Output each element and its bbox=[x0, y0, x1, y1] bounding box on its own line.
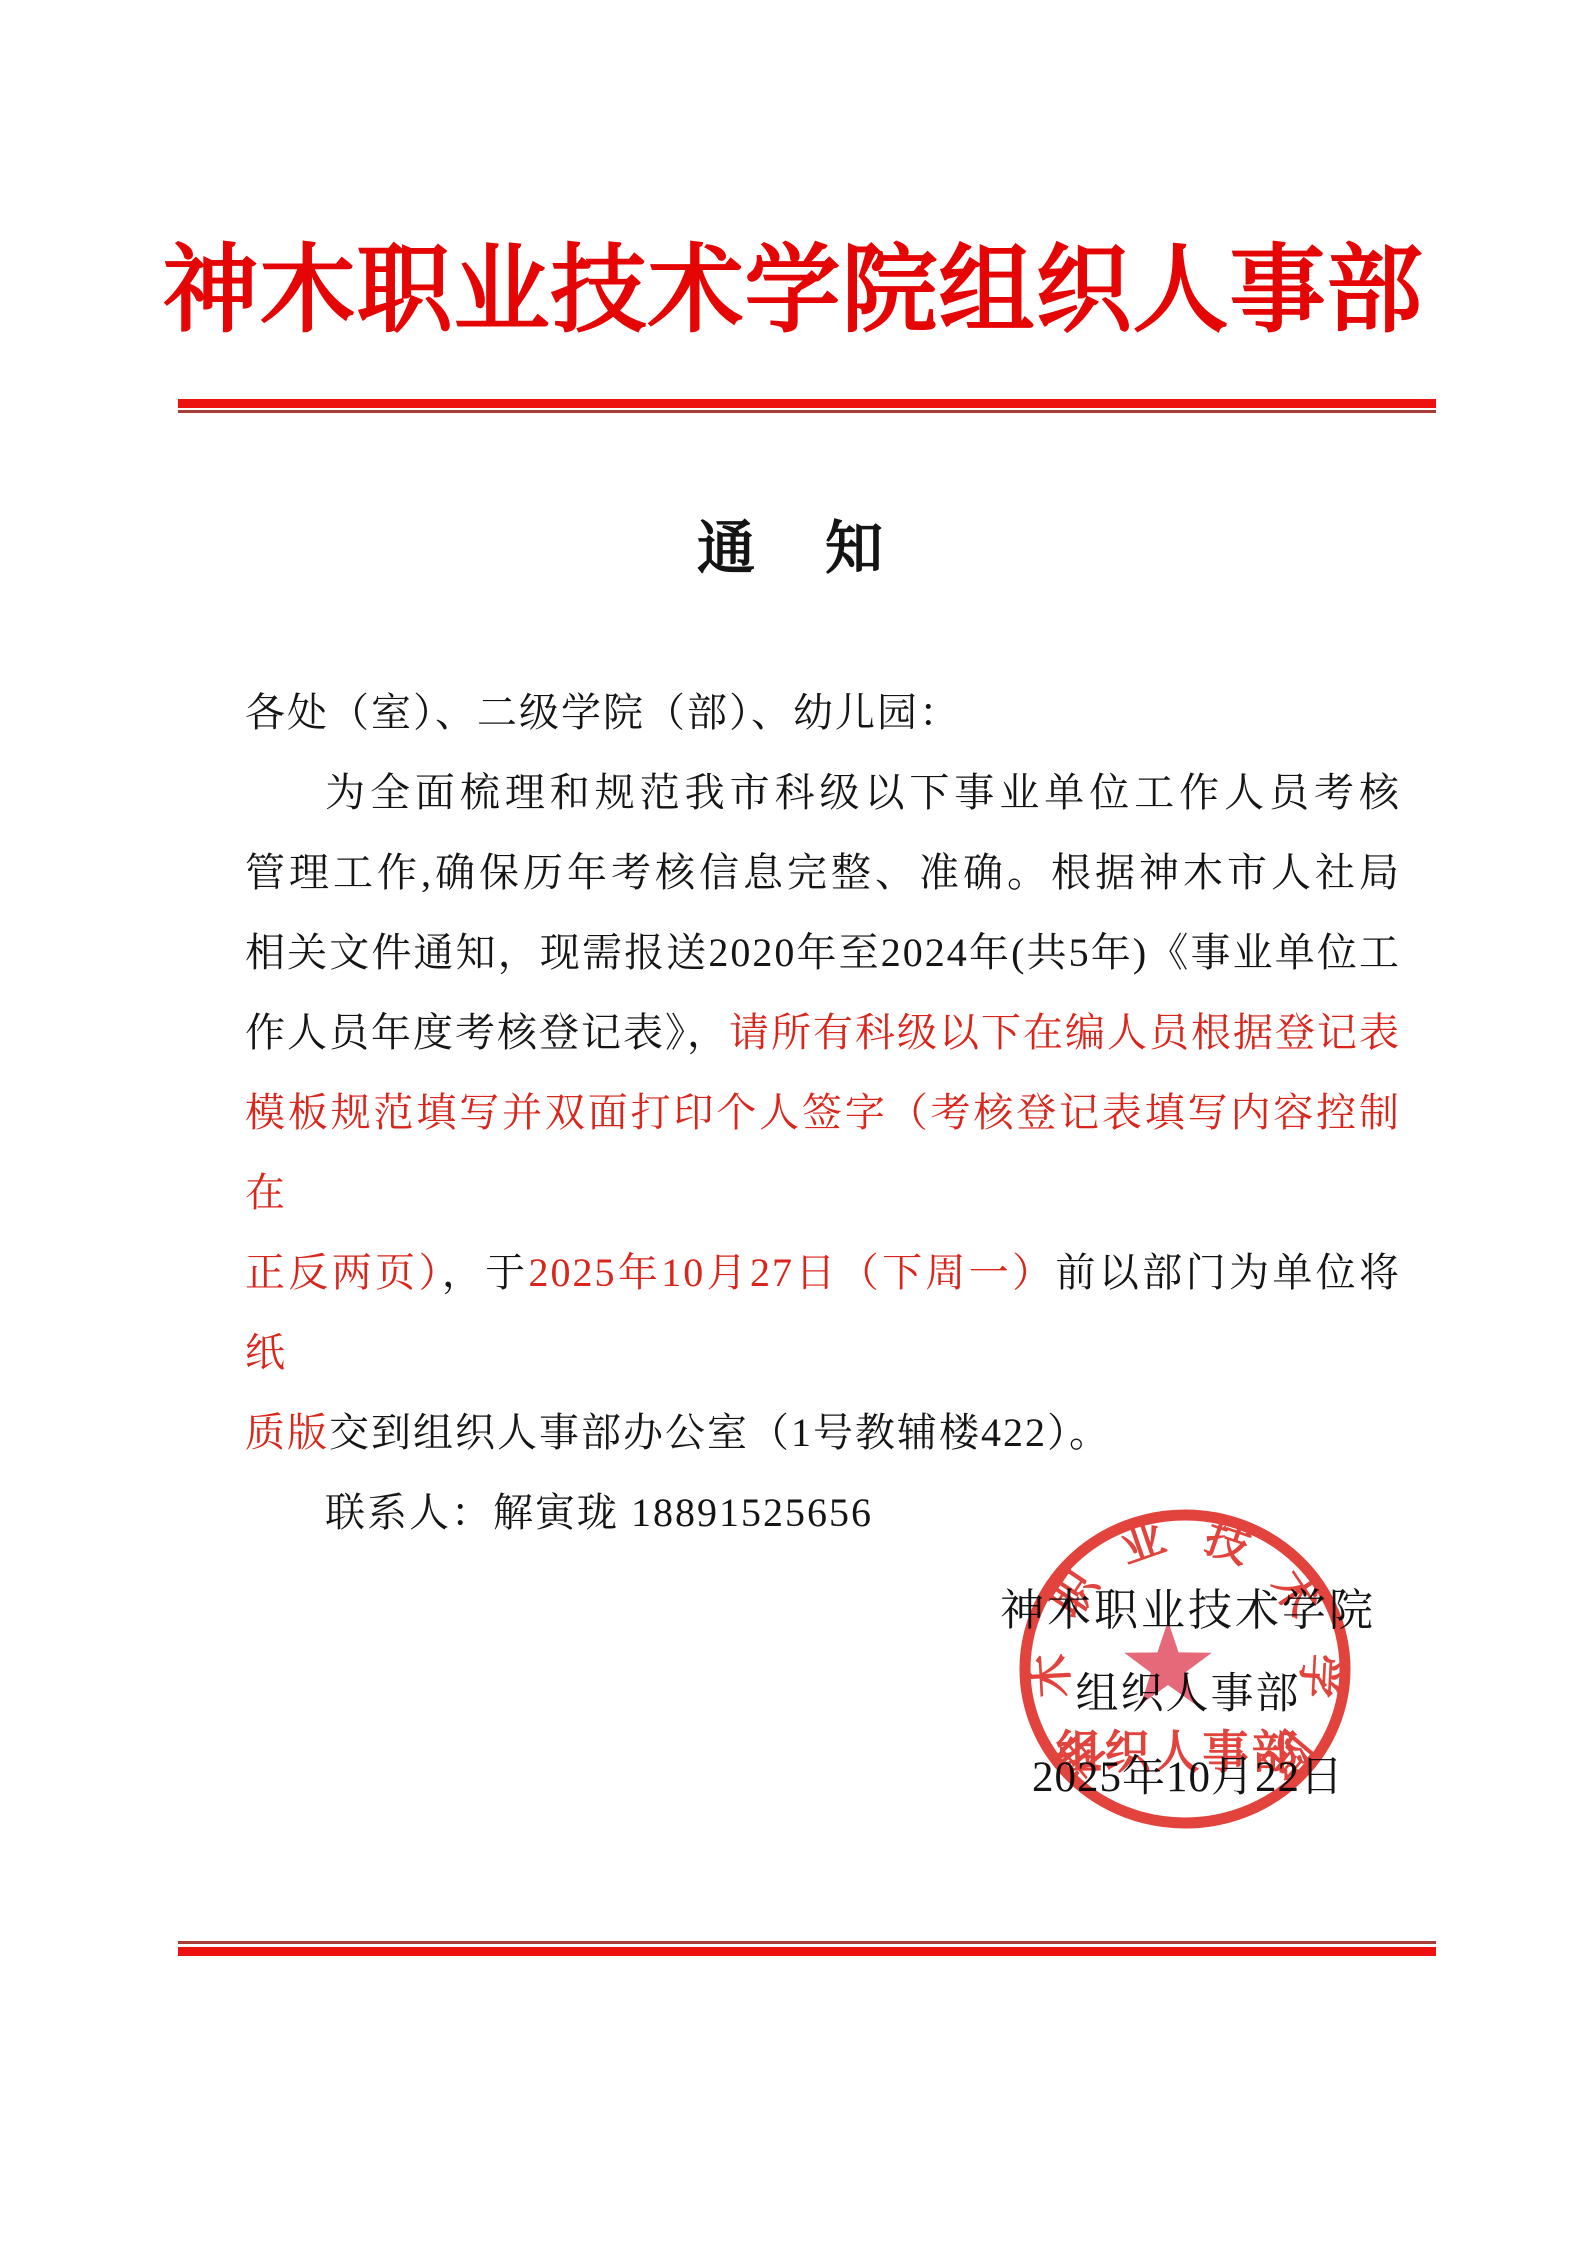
rule-thick-line bbox=[178, 1947, 1436, 1956]
letterhead-title: 神木职业技术学院组织人事部 bbox=[0, 238, 1586, 344]
notice-title: 通 知 bbox=[0, 516, 1586, 582]
seal-arc-char: 术 bbox=[1262, 1562, 1327, 1626]
body-line-2: 为全面梳理和规范我市科级以下事业单位工作人员考核 bbox=[245, 753, 1401, 833]
body-text-black: ，于 bbox=[442, 1250, 529, 1295]
seal-bottom-text: 组织人事部 bbox=[1056, 1727, 1301, 1778]
notice-document: 神木职业技术学院组织人事部 通 知 各处（室）、二级学院（部）、幼儿园： 为全面… bbox=[0, 0, 1586, 2245]
red-emphasis-text: 请所有科级以下在编人员根据登记表 bbox=[729, 1010, 1401, 1055]
body-text-black: 前以部门为单位将 bbox=[1056, 1250, 1402, 1295]
letterhead-rule bbox=[178, 399, 1436, 413]
body-line-7: 正反两页），于2025年10月27日（下周一）前以部门为单位将纸 bbox=[245, 1233, 1401, 1393]
seal-arc-char: 职 bbox=[1042, 1561, 1108, 1626]
footer-rule bbox=[178, 1941, 1436, 1956]
body-line-5: 作人员年度考核登记表》，请所有科级以下在编人员根据登记表 bbox=[245, 993, 1401, 1073]
rule-thin-line bbox=[178, 410, 1436, 413]
official-seal: 神 木 职 业 技 术 学 院 组织人事部 bbox=[1012, 1502, 1358, 1836]
seal-arc-char: 木 bbox=[1027, 1652, 1078, 1699]
red-deadline-text: 2025年10月27日（下周一） bbox=[529, 1250, 1056, 1295]
body-text-black: 作人员年度考核登记表》， bbox=[245, 1010, 729, 1055]
rule-thick-line bbox=[178, 399, 1436, 408]
body-line-4: 相关文件通知，现需报送2020年至2024年(共5年)《事业单位工 bbox=[245, 913, 1401, 993]
body-line-3: 管理工作,确保历年考核信息完整、准确。根据神木市人社局 bbox=[245, 833, 1401, 913]
red-emphasis-text: 质版 bbox=[245, 1410, 329, 1455]
red-emphasis-text: 纸 bbox=[245, 1330, 287, 1375]
seal-star-icon bbox=[1124, 1621, 1212, 1704]
seal-arc-char: 学 bbox=[1292, 1652, 1343, 1699]
body-line-6: 模板规范填写并双面打印个人签字（考核登记表填写内容控制在 bbox=[245, 1073, 1401, 1233]
body-line-8: 质版交到组织人事部办公室（1号教辅楼422）。 bbox=[245, 1393, 1401, 1473]
notice-body: 各处（室）、二级学院（部）、幼儿园： 为全面梳理和规范我市科级以下事业单位工作人… bbox=[245, 673, 1401, 1553]
salutation-line: 各处（室）、二级学院（部）、幼儿园： bbox=[245, 673, 1401, 753]
red-emphasis-text: 正反两页） bbox=[245, 1250, 442, 1295]
body-text-black: 交到组织人事部办公室（1号教辅楼422）。 bbox=[329, 1410, 1111, 1455]
